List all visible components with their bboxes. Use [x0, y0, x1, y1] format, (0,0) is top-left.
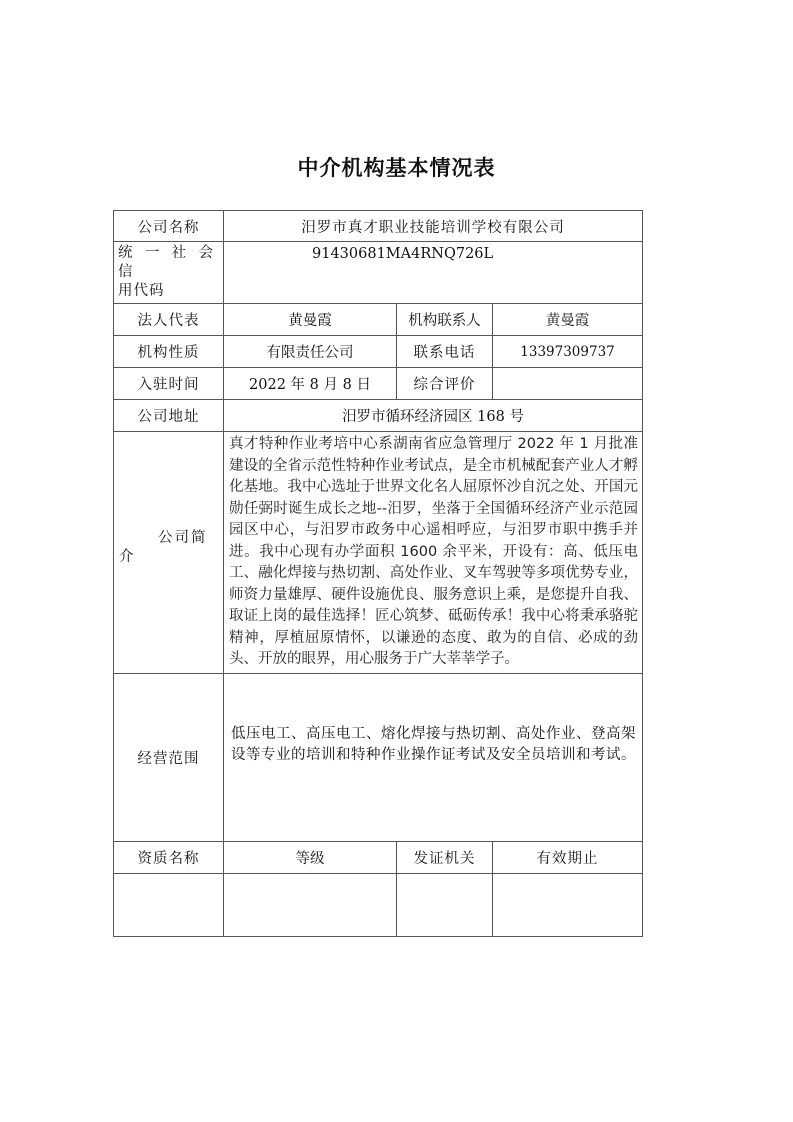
- qualification-name-header: 资质名称: [114, 841, 224, 873]
- company-name-label: 公司名称: [114, 211, 224, 242]
- row-company-name: 公司名称 汨罗市真才职业技能培训学校有限公司: [114, 211, 643, 242]
- qualification-name-cell: [114, 873, 224, 936]
- qualification-header-row: 资质名称 等级 发证机关 有效期止: [114, 841, 643, 873]
- credit-code-label-line1: 统一社会信: [118, 244, 219, 282]
- address-label: 公司地址: [114, 400, 224, 432]
- evaluation-label: 综合评价: [397, 368, 493, 400]
- phone-value: 13397309737: [493, 336, 643, 368]
- credit-code-label: 统一社会信 用代码: [114, 242, 224, 304]
- legal-rep-value: 黄曼霞: [224, 304, 397, 336]
- scope-value: 低压电工、高压电工、熔化焊接与热切割、高处作业、登高架设等专业的培训和特种作业操…: [224, 673, 643, 841]
- intro-label: 公司简 介: [114, 432, 224, 674]
- row-legal-rep: 法人代表 黄曼霞 机构联系人 黄曼霞: [114, 304, 643, 336]
- row-scope: 经营范围 低压电工、高压电工、熔化焊接与热切割、高处作业、登高架设等专业的培训和…: [114, 673, 643, 841]
- row-address: 公司地址 汨罗市循环经济园区 168 号: [114, 400, 643, 432]
- row-join-date: 入驻时间 2022 年 8 月 8 日 综合评价: [114, 368, 643, 400]
- qualification-issuer-header: 发证机关: [397, 841, 493, 873]
- intro-label-part1: 公司简: [158, 526, 208, 547]
- join-date-value: 2022 年 8 月 8 日: [224, 368, 397, 400]
- qualification-valid-cell: [493, 873, 643, 936]
- company-name-value: 汨罗市真才职业技能培训学校有限公司: [224, 211, 643, 242]
- intro-label-part2: 介: [119, 545, 134, 566]
- qualification-issuer-cell: [397, 873, 493, 936]
- address-value: 汨罗市循环经济园区 168 号: [224, 400, 643, 432]
- page-title: 中介机构基本情况表: [0, 152, 793, 182]
- qualification-row: [114, 873, 643, 936]
- qualification-valid-header: 有效期止: [493, 841, 643, 873]
- phone-label: 联系电话: [397, 336, 493, 368]
- join-date-label: 入驻时间: [114, 368, 224, 400]
- intro-value: 真才特种作业考培中心系湖南省应急管理厅 2022 年 1 月批准建设的全省示范性…: [224, 432, 643, 674]
- org-type-label: 机构性质: [114, 336, 224, 368]
- qualification-level-cell: [224, 873, 397, 936]
- evaluation-value: [493, 368, 643, 400]
- scope-label: 经营范围: [114, 673, 224, 841]
- row-org-type: 机构性质 有限责任公司 联系电话 13397309737: [114, 336, 643, 368]
- contact-person-label: 机构联系人: [397, 304, 493, 336]
- contact-person-value: 黄曼霞: [493, 304, 643, 336]
- org-type-value: 有限责任公司: [224, 336, 397, 368]
- row-intro: 公司简 介 真才特种作业考培中心系湖南省应急管理厅 2022 年 1 月批准建设…: [114, 432, 643, 674]
- credit-code-value: 91430681MA4RNQ726L: [224, 242, 643, 304]
- agency-info-table: 公司名称 汨罗市真才职业技能培训学校有限公司 统一社会信 用代码 9143068…: [113, 210, 643, 937]
- credit-code-label-line2: 用代码: [118, 282, 219, 301]
- legal-rep-label: 法人代表: [114, 304, 224, 336]
- row-credit-code: 统一社会信 用代码 91430681MA4RNQ726L: [114, 242, 643, 304]
- qualification-level-header: 等级: [224, 841, 397, 873]
